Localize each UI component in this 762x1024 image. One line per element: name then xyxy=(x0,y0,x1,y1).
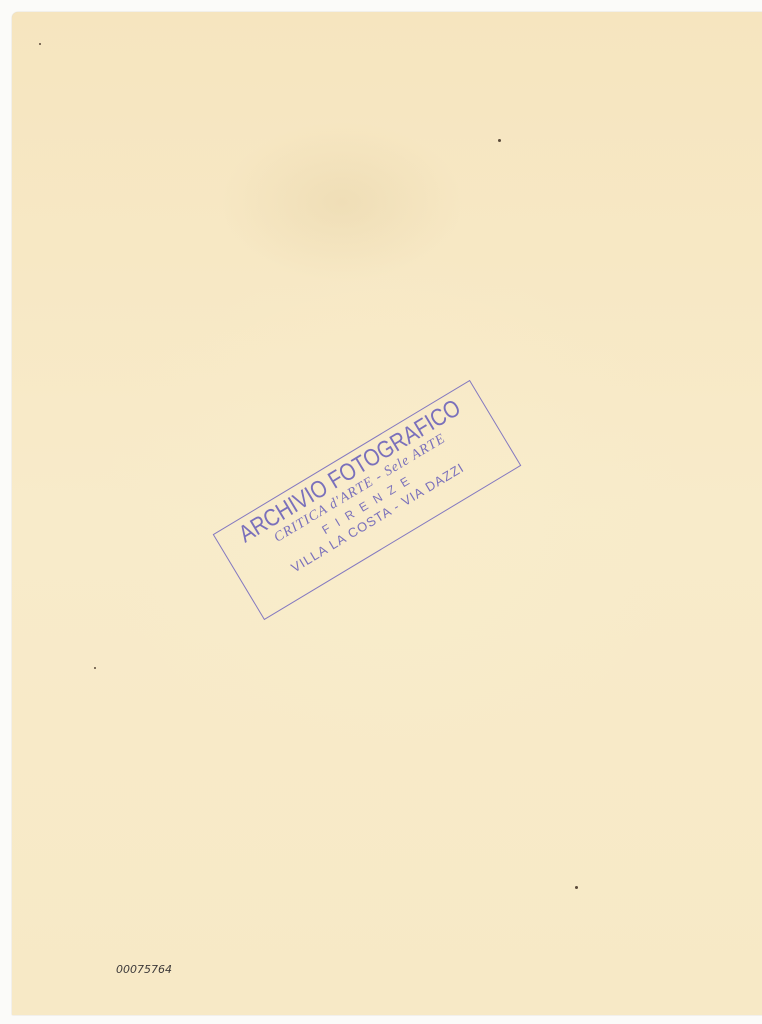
dust-speck xyxy=(39,43,41,45)
dust-speck xyxy=(498,139,501,142)
dust-speck xyxy=(94,667,96,669)
inventory-number: 00075764 xyxy=(116,963,172,976)
dust-speck xyxy=(575,886,578,889)
